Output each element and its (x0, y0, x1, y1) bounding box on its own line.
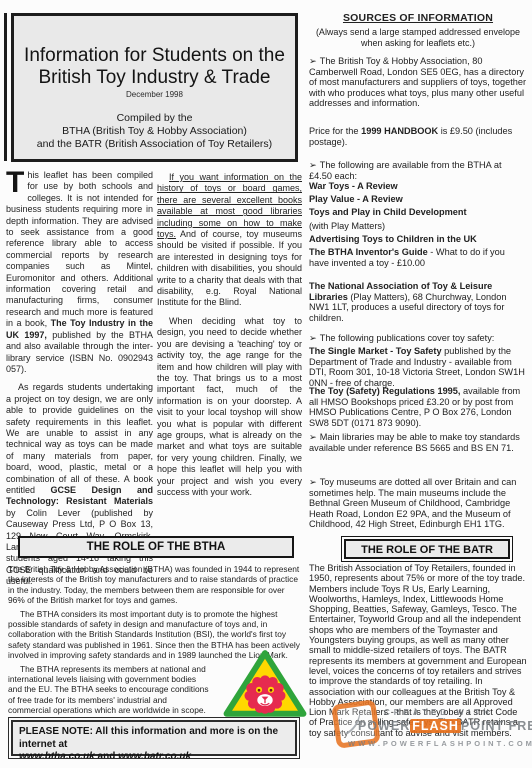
handbook-title: 1999 HANDBOOK (361, 126, 438, 136)
intro-p1-text: his leaflet has been compiled for use by… (6, 170, 153, 328)
toy-libraries-association: The National Association of Toy & Leisur… (309, 281, 527, 323)
price-text-start: Price for the (309, 126, 361, 136)
safety-publications-intro: ➢The following publications cover toy sa… (309, 333, 527, 344)
arrow-bullet-icon: ➢ (309, 333, 317, 343)
batr-section-body: The British Association of Toy Retailers… (309, 563, 527, 738)
watermark-url: WWW.POWERFLASHPOINT.COM (348, 739, 532, 748)
intro-p3-text-end: And of course, toy museums should be vis… (157, 229, 302, 307)
arrow-bullet-icon: ➢ (309, 477, 317, 487)
publication-item: War Toys - A Review (309, 180, 527, 193)
toy-regulations-title: The Toy (Safety) Regulations 1995, (309, 386, 460, 396)
inventors-guide: The BTHA Inventor's Guide - What to do i… (309, 247, 527, 268)
sources-heading: SOURCES OF INFORMATION (309, 13, 527, 24)
btha-url: www.btha.co.uk (19, 751, 95, 762)
please-note-box: PLEASE NOTE: All this information and mo… (11, 720, 297, 756)
page-date: December 1998 (14, 90, 295, 99)
toy-museums-note: ➢Toy museums are dotted all over Britain… (309, 477, 527, 530)
compiled-by-block: Compiled by the BTHA (British Toy & Hobb… (14, 112, 295, 151)
page-title-line2: British Toy Industry & Trade (14, 67, 295, 89)
intro-paragraph-3: If you want information on the history o… (157, 172, 302, 309)
page-title: Information for Students on the British … (14, 45, 295, 89)
arrow-bullet-icon: ➢ (309, 432, 317, 442)
safety-intro-text: The following publications cover toy saf… (320, 333, 495, 343)
single-market-publication: The Single Market - Toy Safety published… (309, 346, 527, 388)
btha-paragraph-3: The BTHA represents its members at natio… (8, 664, 210, 716)
publication-item: (with Play Matters) (309, 220, 527, 233)
intro-column-1: This leaflet has been compiled for use b… (6, 170, 153, 595)
scan-edge-mark (4, 13, 7, 161)
intro-paragraph-4: When deciding what toy to design, you ne… (157, 316, 302, 499)
sources-btha-address: ➢The British Toy & Hobby Association, 80… (309, 56, 527, 109)
intro-column-2: If you want information on the history o… (157, 172, 302, 505)
compiled-line1: Compiled by the (14, 112, 295, 125)
publication-item: Toys and Play in Child Development (309, 206, 527, 219)
compiled-line2: BTHA (British Toy & Hobby Association) (14, 125, 295, 138)
note-and: and (95, 751, 118, 762)
inventors-guide-title: The BTHA Inventor's Guide (309, 247, 428, 257)
sources-subtitle: (Always send a large stamped addressed e… (309, 27, 527, 48)
publication-item: Play Value - A Review (309, 193, 527, 206)
publication-list: War Toys - A Review Play Value - A Revie… (309, 180, 527, 246)
dropcap-letter: T (6, 170, 27, 195)
handbook-price: Price for the 1999 HANDBOOK is £9.50 (in… (309, 126, 527, 147)
available-from-btha: ➢The following are available from the BT… (309, 160, 527, 181)
header-title-box: Information for Students on the British … (11, 13, 298, 162)
section-header-role-of-btha: THE ROLE OF THE BTHA (18, 536, 294, 558)
single-market-title: The Single Market - Toy Safety (309, 346, 442, 356)
compiled-line3: and the BATR (British Association of Toy… (14, 138, 295, 151)
libraries-text: Main libraries may be able to make toy s… (309, 432, 520, 453)
main-libraries-note: ➢Main libraries may be able to make toy … (309, 432, 527, 453)
museums-text: Toy museums are dotted all over Britain … (309, 477, 516, 529)
publication-item: Advertising Toys to Children in the UK (309, 233, 527, 246)
note-text: PLEASE NOTE: All this information and mo… (19, 726, 278, 750)
arrow-bullet-icon: ➢ (309, 160, 317, 170)
arrow-bullet-icon: ➢ (309, 56, 317, 66)
lion-mark-icon (222, 648, 308, 718)
sources-btha-address-text: The British Toy & Hobby Association, 80 … (309, 56, 526, 108)
section-header-role-of-batr: THE ROLE OF THE BATR (344, 539, 510, 559)
intro-p2-text: As regards students undertaking a projec… (6, 382, 153, 495)
toy-safety-regulations: The Toy (Safety) Regulations 1995, avail… (309, 386, 527, 428)
page-title-line1: Information for Students on the (14, 45, 295, 67)
lion-mark-svg (222, 648, 308, 718)
intro-paragraph-1: This leaflet has been compiled for use b… (6, 170, 153, 375)
available-text: The following are available from the BTH… (309, 160, 502, 181)
btha-paragraph-1: The British Toy & Hobby Association (BTH… (8, 564, 301, 606)
batr-url: www.batr.co.uk (118, 751, 191, 762)
